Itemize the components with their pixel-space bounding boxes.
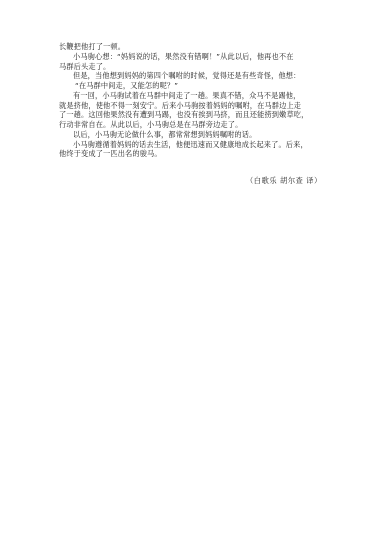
text-line: 小马驹心想：“妈妈说的话，果然没有错啊！”从此以后，他再也不在 — [59, 52, 329, 62]
text-line: 长鞭把他打了一顿。 — [59, 42, 329, 52]
document-page: 长鞭把他打了一顿。 小马驹心想：“妈妈说的话，果然没有错啊！”从此以后，他再也不… — [0, 0, 390, 546]
text-line: 他终于变成了一匹出名的骏马。 — [59, 149, 329, 159]
text-line: 就是挤他，使他不得一刻安宁。后来小马驹按着妈妈的嘱咐，在马群边上走 — [59, 101, 329, 111]
text-line: 了一趟。这回他果然没有遭到马踢，也没有挨到马挤，而且还能捞到嫩草吃， — [59, 110, 329, 120]
story-text: 长鞭把他打了一顿。 小马驹心想：“妈妈说的话，果然没有错啊！”从此以后，他再也不… — [59, 42, 329, 159]
text-line: “在马群中间走，又能怎的呢？” — [59, 81, 329, 91]
text-line: 马群后头走了。 — [59, 62, 329, 72]
text-line: 有一回，小马驹试着在马群中间走了一趟。果真不错，众马不是踢他， — [59, 91, 329, 101]
translator-attribution: （白歌乐 胡尔查 译） — [246, 176, 322, 185]
text-line: 但是，当他想到妈妈的第四个嘱咐的时候，觉得还是有些奇怪，他想： — [59, 71, 329, 81]
text-line: 以后，小马驹无论做什么事，都常常想到妈妈嘱咐的话。 — [59, 130, 329, 140]
text-line: 行动非常自在。从此以后，小马驹总是在马群旁边走了。 — [59, 120, 329, 130]
text-line: 小马驹遵循着妈妈的话去生活，他便迅速而又健康地成长起来了。后来， — [59, 140, 329, 150]
